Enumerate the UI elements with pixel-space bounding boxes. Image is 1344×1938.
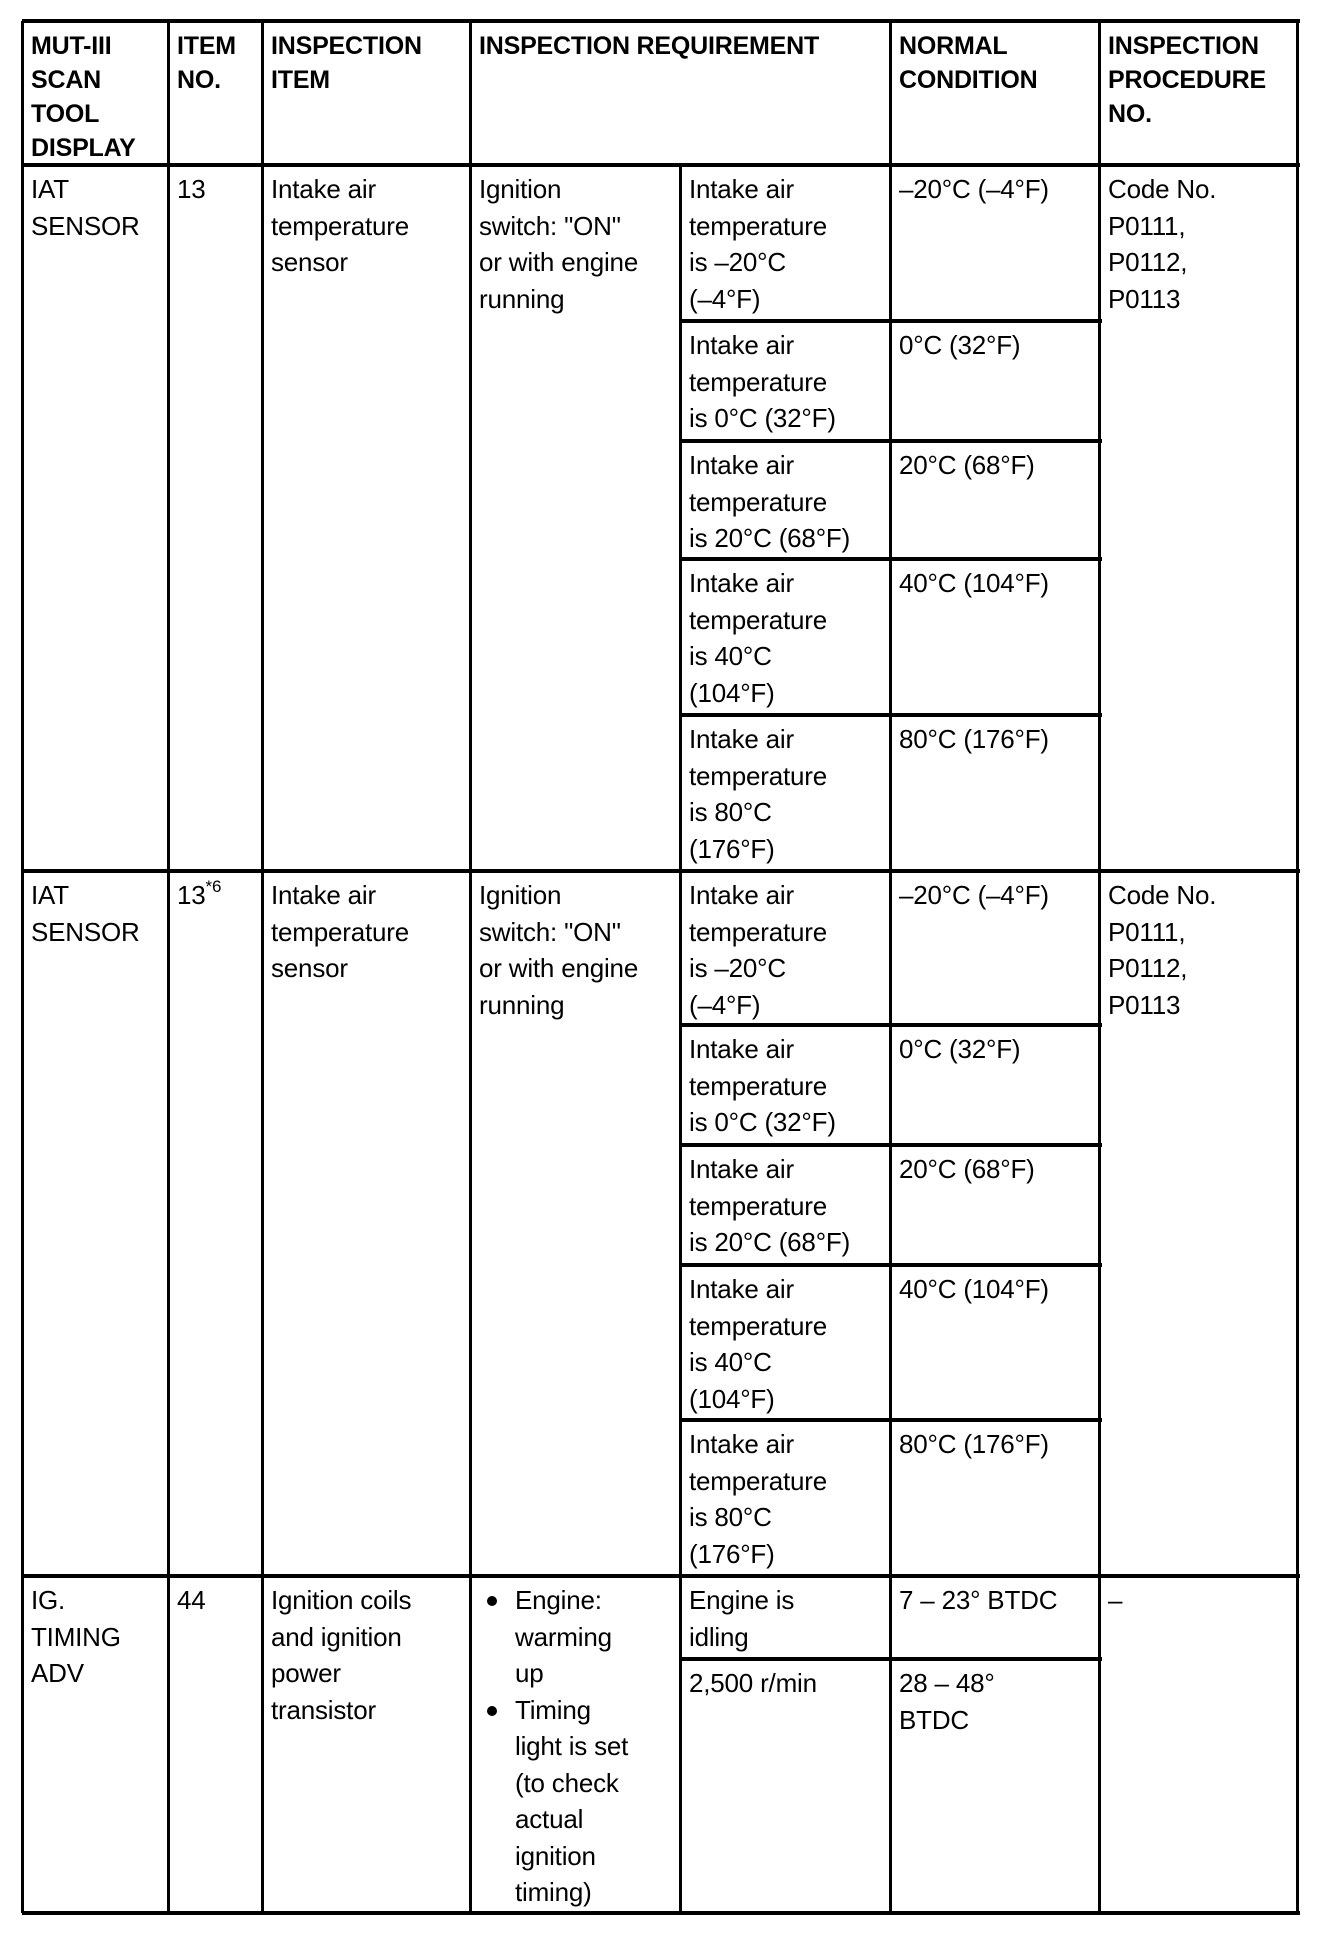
header-procedure-no: INSPECTION PROCEDURE NO. [1099, 21, 1297, 165]
section3-requirement: Engine: warming up Timing light is set (… [470, 1576, 680, 1911]
section1-row4-normal: 40°C (104°F) [890, 559, 1099, 602]
section1-row2-condition: Intake air temperature is 0°C (32°F) [680, 321, 890, 437]
section2-row4-normal: 40°C (104°F) [890, 1265, 1099, 1308]
section1-row1-normal: –20°C (–4°F) [890, 165, 1099, 208]
section2-row1-condition: Intake air temperature is –20°C (–4°F) [680, 871, 890, 1023]
section3-procedure-no: – [1099, 1576, 1297, 1619]
section3-inspection-item: Ignition coils and ignition power transi… [262, 1576, 470, 1728]
column-divider [1296, 21, 1299, 1913]
header-normal-condition: NORMAL CONDITION [890, 21, 1099, 165]
section3-display: IG. TIMING ADV [22, 1576, 168, 1692]
section2-requirement: Ignition switch: "ON" or with engine run… [470, 871, 680, 1023]
section3-row2-normal: 28 – 48° BTDC [890, 1659, 1099, 1738]
section3-row2-condition: 2,500 r/min [680, 1659, 890, 1702]
section2-row5-normal: 80°C (176°F) [890, 1420, 1099, 1463]
column-divider [679, 165, 682, 1913]
section2-row2-normal: 0°C (32°F) [890, 1025, 1099, 1068]
column-divider [469, 21, 472, 1913]
section1-row5-condition: Intake air temperature is 80°C (176°F) [680, 715, 890, 867]
header-inspection-item: INSPECTION ITEM [262, 21, 470, 165]
section2-row2-condition: Intake air temperature is 0°C (32°F) [680, 1025, 890, 1141]
section2-item-no: 13*6 [168, 871, 262, 914]
section1-row5-normal: 80°C (176°F) [890, 715, 1099, 758]
section2-row3-normal: 20°C (68°F) [890, 1145, 1099, 1188]
section2-row1-normal: –20°C (–4°F) [890, 871, 1099, 914]
footnote-marker: *6 [206, 877, 222, 896]
section2-row5-condition: Intake air temperature is 80°C (176°F) [680, 1420, 890, 1572]
section3-row1-condition: Engine is idling [680, 1576, 890, 1655]
column-divider [1098, 21, 1101, 1913]
section1-row4-condition: Intake air temperature is 40°C (104°F) [680, 559, 890, 711]
column-divider [167, 21, 170, 1913]
section1-item-no: 13 [168, 165, 262, 208]
section1-requirement: Ignition switch: "ON" or with engine run… [470, 165, 680, 317]
section3-item-no: 44 [168, 1576, 262, 1619]
bullet-icon [487, 1706, 497, 1716]
header-item-no: ITEM NO. [168, 21, 262, 165]
bullet-icon [487, 1596, 497, 1606]
section2-row3-condition: Intake air temperature is 20°C (68°F) [680, 1145, 890, 1261]
section2-display: IAT SENSOR [22, 871, 168, 950]
section2-row4-condition: Intake air temperature is 40°C (104°F) [680, 1265, 890, 1417]
column-divider [21, 21, 24, 1913]
section1-row2-normal: 0°C (32°F) [890, 321, 1099, 364]
section1-row3-condition: Intake air temperature is 20°C (68°F) [680, 441, 890, 557]
section2-procedure-no: Code No. P0111, P0112, P0113 [1099, 871, 1297, 1023]
section1-row1-condition: Intake air temperature is –20°C (–4°F) [680, 165, 890, 317]
section1-inspection-item: Intake air temperature sensor [262, 165, 470, 281]
section1-row3-normal: 20°C (68°F) [890, 441, 1099, 484]
row-divider [22, 1574, 1300, 1578]
section2-inspection-item: Intake air temperature sensor [262, 871, 470, 987]
row-divider [22, 163, 1300, 167]
header-inspection-requirement: INSPECTION REQUIREMENT [470, 21, 890, 165]
section3-row1-normal: 7 – 23° BTDC [890, 1576, 1099, 1619]
requirement-bullet: Engine: warming up [515, 1582, 672, 1692]
column-divider [889, 21, 892, 1913]
section1-display: IAT SENSOR [22, 165, 168, 244]
column-divider [261, 21, 264, 1913]
row-divider [22, 869, 1300, 873]
row-divider [22, 19, 1300, 23]
requirement-bullet: Timing light is set (to check actual ign… [515, 1692, 672, 1911]
row-divider [22, 1911, 1300, 1915]
header-display: MUT-III SCAN TOOL DISPLAY [22, 21, 168, 165]
section1-procedure-no: Code No. P0111, P0112, P0113 [1099, 165, 1297, 317]
